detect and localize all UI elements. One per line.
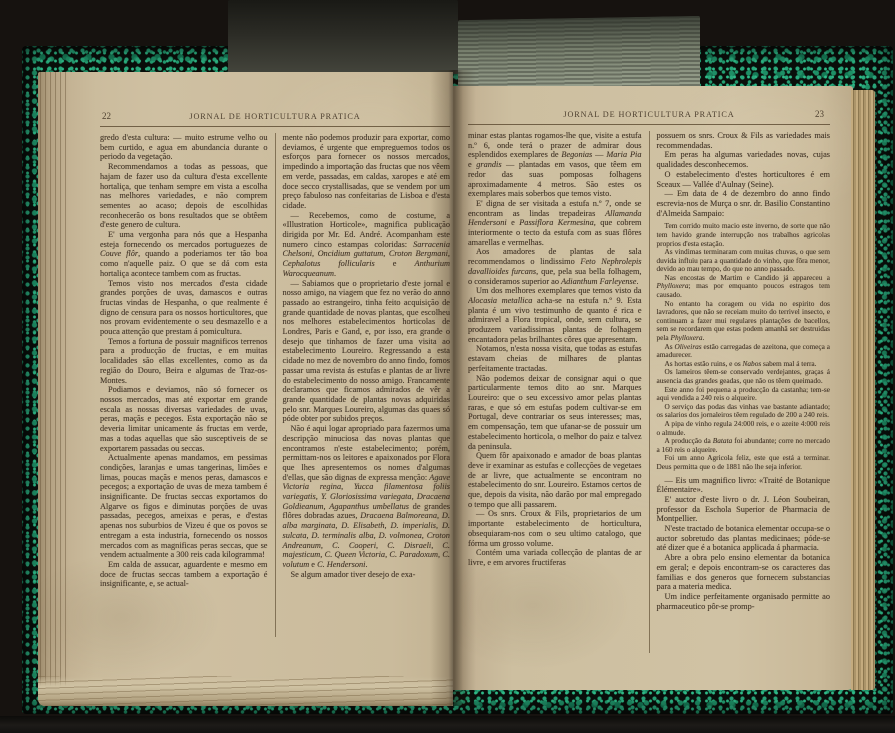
paragraph: Um dos melhores exemplares que temos vis… [468, 286, 642, 344]
paragraph: Notamos, n'esta nossa visita, que todas … [468, 344, 642, 373]
paragraph: E' uma vergonha para nós que a Hespanha … [100, 230, 268, 279]
header-rule [468, 124, 830, 125]
paragraph: — Em data de 4 de dezembro do anno findo… [657, 189, 831, 218]
paragraph: — Sabiamos que o proprietario d'este jor… [283, 279, 451, 425]
column-rule [649, 131, 650, 653]
right-page-column-1: minar estas plantas rogamos-lhe que, vis… [468, 131, 642, 653]
paragraph: As vindimas terminaram com muitas chuvas… [657, 248, 831, 274]
paragraph: — Recebemos, como de costume, a «Illustr… [283, 211, 451, 279]
paragraph: Quem fôr apaixonado e amador de boas pla… [468, 451, 642, 509]
paragraph: Abre a obra pelo ensino elementar da bot… [657, 553, 831, 592]
paragraph: Nas encostas de Martim e Candido já appa… [657, 274, 831, 300]
paragraph: O estabelecimento d'estes horticultores … [657, 170, 831, 189]
paragraph: Foi um anno Agricola feliz, este que est… [657, 454, 831, 471]
paragraph: No entanto ha coragem ou vida no espirit… [657, 300, 831, 343]
paragraph: N'este tractado de botanica elementar oc… [657, 524, 831, 553]
paragraph: Temos a fortuna de possuir magnificos te… [100, 337, 268, 386]
right-page: JORNAL DE HORTICULTURA PRATICA 23 minar … [453, 86, 853, 690]
left-page-columns: gredo d'esta cultura: — muito estrume ve… [100, 133, 450, 637]
paragraph: — Eis um magnifico livro: «Traité de Bot… [657, 476, 831, 495]
paragraph: Actualmente apenas mandamos, em pessimas… [100, 453, 268, 560]
right-page-content: JORNAL DE HORTICULTURA PRATICA 23 minar … [468, 110, 830, 653]
paragraph: E' digna de ser visitada a estufa n.º 7,… [468, 199, 642, 248]
paragraph: Tem corrido muito macio este inverno, de… [657, 222, 831, 248]
left-page-column-1: gredo d'esta cultura: — muito estrume ve… [100, 133, 268, 637]
paragraph: Este anno foi pequena a producção da cas… [657, 386, 831, 403]
left-page-content: 22 JORNAL DE HORTICULTURA PRATICA gredo … [100, 112, 450, 637]
paragraph: Os lameiros têem-se conservado verdejant… [657, 368, 831, 385]
paragraph: Em peras ha algumas variedades novas, cu… [657, 150, 831, 169]
paragraph: Podiamos e deviamos, não só fornecer os … [100, 385, 268, 453]
paragraph: A producção da Batata foi abundante; cor… [657, 437, 831, 454]
right-page-column-2: possuem os snrs. Croux & Fils as varieda… [657, 131, 831, 653]
paragraph: Aos amadores de plantas de sala recommen… [468, 247, 642, 286]
left-page-header: 22 JORNAL DE HORTICULTURA PRATICA [100, 112, 450, 124]
left-page: 22 JORNAL DE HORTICULTURA PRATICA gredo … [38, 72, 453, 706]
running-title: JORNAL DE HORTICULTURA PRATICA [468, 110, 830, 119]
left-page-column-2: mente não podemos produzir para exportar… [283, 133, 451, 637]
right-page-header: JORNAL DE HORTICULTURA PRATICA 23 [468, 110, 830, 122]
paragraph: mente não podemos produzir para exportar… [283, 133, 451, 211]
paragraph: As Oliveiras estão carregadas de azeiton… [657, 343, 831, 360]
running-title: JORNAL DE HORTICULTURA PRATICA [100, 112, 450, 121]
paragraph: Não podemos deixar de consignar aqui o q… [468, 374, 642, 452]
paragraph: Um indice perfeitamente organisado permi… [657, 592, 831, 611]
paragraph: O serviço das podas das vinhas vae basta… [657, 403, 831, 420]
page-number-right: 23 [815, 109, 824, 119]
fore-edge-page-stack [851, 90, 875, 690]
paragraph: E' auctor d'este livro o dr. J. Léon Sou… [657, 495, 831, 524]
paragraph: Não é aqui logar apropriado para fazermo… [283, 424, 451, 570]
paragraph: Se algum amador tiver desejo de exa- [283, 570, 451, 580]
book-top-board-edge [228, 0, 458, 74]
header-rule [100, 126, 450, 127]
paragraph: Temos visto nos mercados d'esta cidade g… [100, 279, 268, 337]
paragraph: minar estas plantas rogamos-lhe que, vis… [468, 131, 642, 199]
column-rule [275, 133, 276, 637]
paragraph: gredo d'esta cultura: — muito estrume ve… [100, 133, 268, 162]
scanned-book-photo: { "journal": { "running_title": "JORNAL … [0, 0, 895, 733]
table-surface [0, 716, 895, 733]
book-top-page-stack [458, 16, 700, 92]
paragraph: A pipa de vinho regula 24:000 reis, e o … [657, 420, 831, 437]
paragraph: Contém uma variada collecção de plantas … [468, 548, 642, 567]
paragraph: Em calda de assucar, aguardente e mesmo … [100, 560, 268, 589]
paragraph: possuem os snrs. Croux & Fils as varieda… [657, 131, 831, 150]
paragraph: — Os snrs. Croux & Fils, proprietarios d… [468, 509, 642, 548]
paragraph: Recommendamos a todas as pessoas, que ha… [100, 162, 268, 230]
right-page-columns: minar estas plantas rogamos-lhe que, vis… [468, 131, 830, 653]
